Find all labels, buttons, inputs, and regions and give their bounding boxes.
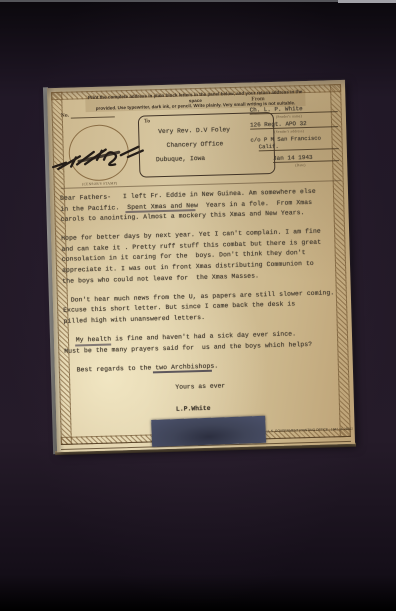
to-address-line: Chancery Office [167,140,224,149]
signature-text: L.P.White [176,405,211,413]
sender-address-line3: Calif. [259,141,339,151]
letter-paragraph: Best regards to the two Archbishops. [65,358,347,376]
letter-line: Best regards to the two Archbishops. [65,358,347,376]
to-address-line: Very Rev. D.V Foley [158,126,230,135]
letter-paragraph: Don't hear much news from the U, as pape… [63,288,346,328]
to-address-line: Dubuque, Iowa [156,155,205,163]
letter-body: Dear Fathers- I left Fr. Eddie in New Gu… [60,186,347,385]
letter-paragraph: Dear Fathers- I left Fr. Eddie in New Gu… [60,186,343,226]
censor-blot [151,416,266,447]
letter-paragraph: Hope for better days by next year. Yet I… [61,226,344,287]
photo-of-vmail-letter: Print the complete address in plain bloc… [0,0,396,611]
scan-edge-strip-right [338,0,396,3]
scan-edge-strip [0,0,396,2]
no-blank-line [71,116,115,118]
sender-name-caption: (Sender's name) [276,114,302,119]
letter-paragraph: My health is fine and haven't had a sick… [64,328,346,357]
letter-paper: Print the complete address in plain bloc… [47,80,355,452]
form-number-field: No. [61,111,115,119]
to-label: To [144,118,150,124]
sender-address: 126 Regt. APO 32 [250,119,338,129]
closing-text: Yours as ever [175,382,225,390]
vmail-letter: Print the complete address in plain bloc… [47,80,355,452]
date-value: Jan 14 1943 [273,153,339,163]
from-label: From [251,96,264,102]
date-caption: (Date) [295,163,305,167]
no-label: No. [61,113,69,119]
sender-address-caption: (Sender's address) [274,129,304,134]
sender-name: Ch. L. P. White [250,104,338,114]
